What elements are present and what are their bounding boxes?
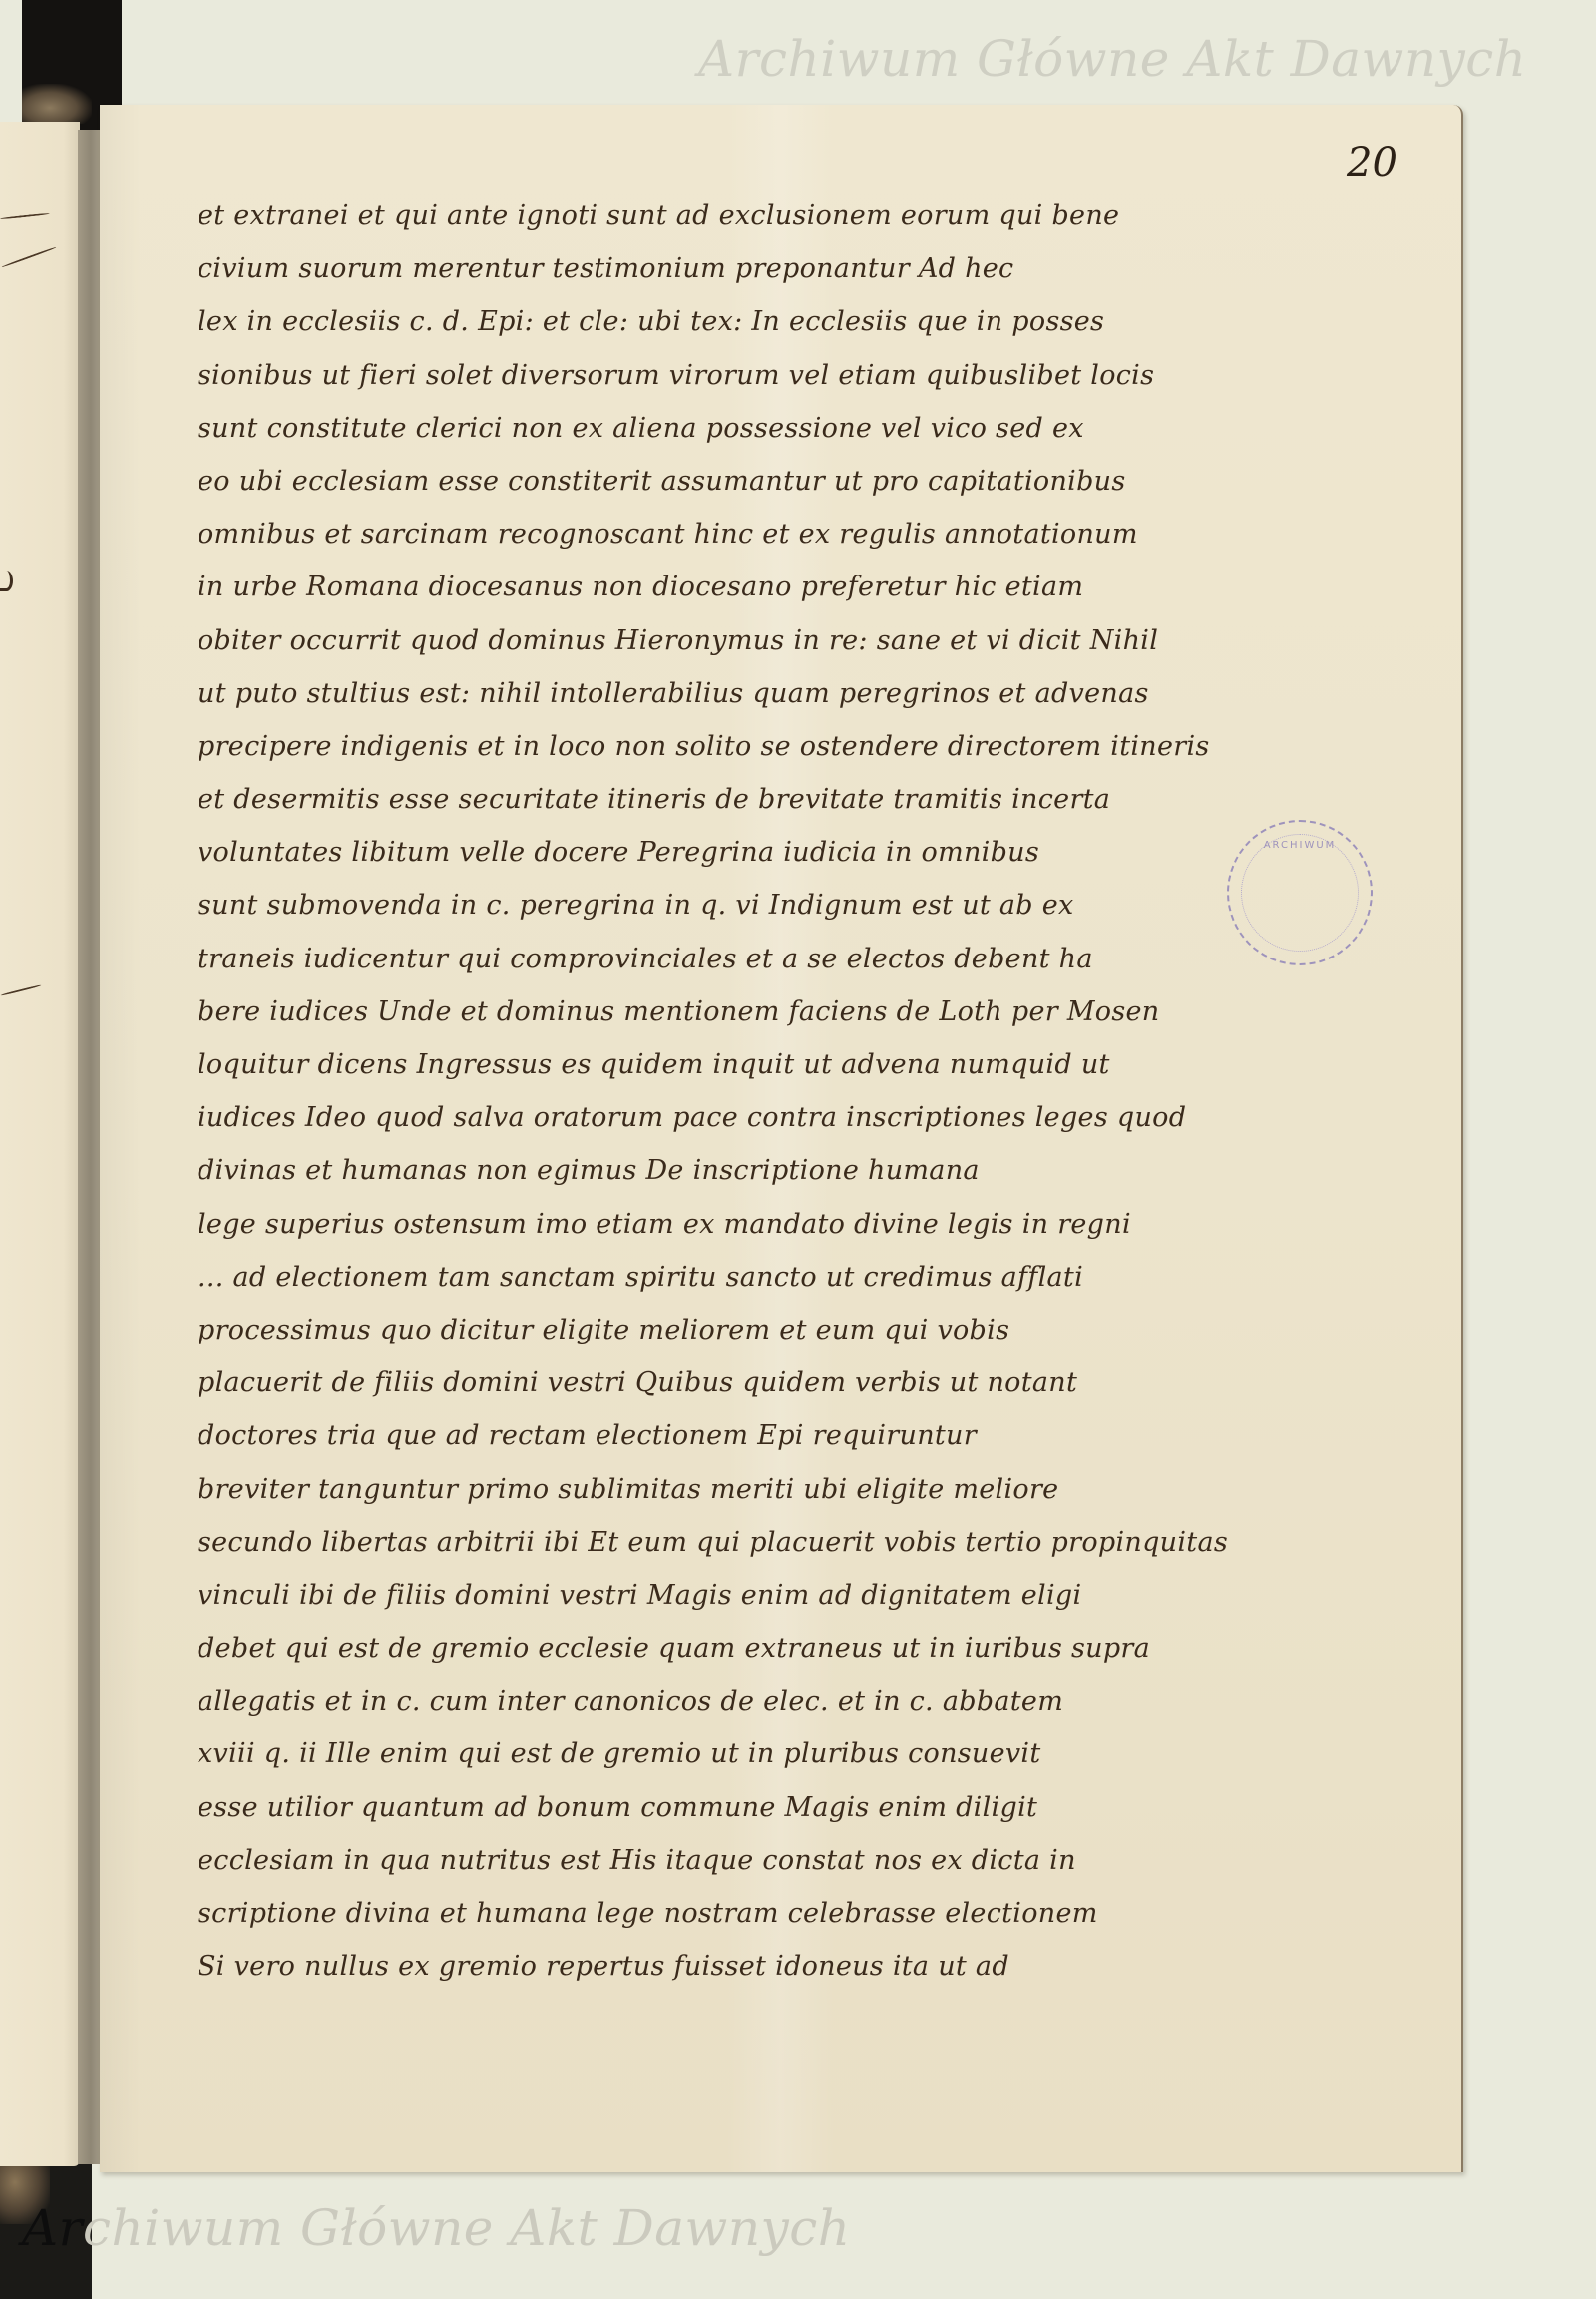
text-line: obiter occurrit quod dominus Hieronymus … xyxy=(198,614,1275,667)
text-line: et desermitis esse securitate itineris d… xyxy=(198,773,1275,826)
text-line: lege superius ostensum imo etiam ex mand… xyxy=(198,1198,1275,1251)
left-page-edge xyxy=(0,122,80,2166)
text-line: ... ad electionem tam sanctam spiritu sa… xyxy=(198,1251,1275,1304)
ink-stroke xyxy=(1,246,56,268)
watermark-dark-part: Ar xyxy=(22,2199,83,2257)
text-line: ut puto stultius est: nihil intollerabil… xyxy=(198,667,1275,720)
text-line: precipere indigenis et in loco non solit… xyxy=(198,720,1275,773)
text-line: xviii q. ii Ille enim qui est de gremio … xyxy=(198,1727,1275,1780)
text-line: secundo libertas arbitrii ibi Et eum qui… xyxy=(198,1516,1275,1569)
text-line: et extranei et qui ante ignoti sunt ad e… xyxy=(198,190,1275,242)
text-line: omnibus et sarcinam recognoscant hinc et… xyxy=(198,508,1275,561)
text-line: ecclesiam in qua nutritus est His itaque… xyxy=(198,1834,1275,1887)
stamp-inner-ring xyxy=(1241,834,1359,952)
text-line: civium suorum merentur testimonium prepo… xyxy=(198,242,1275,295)
text-line: in urbe Romana diocesanus non diocesano … xyxy=(198,561,1275,613)
archive-stamp: ARCHIWUM xyxy=(1227,820,1373,965)
ink-stroke xyxy=(0,984,41,996)
text-line: sunt submovenda in c. peregrina in q. vi… xyxy=(198,879,1275,932)
ink-stroke xyxy=(0,571,13,591)
text-line: breviter tanguntur primo sublimitas meri… xyxy=(198,1463,1275,1516)
text-line: allegatis et in c. cum inter canonicos d… xyxy=(198,1675,1275,1727)
text-line: iudices Ideo quod salva oratorum pace co… xyxy=(198,1091,1275,1144)
manuscript-text: et extranei et qui ante ignoti sunt ad e… xyxy=(198,190,1275,1993)
text-line: vinculi ibi de filiis domini vestri Magi… xyxy=(198,1569,1275,1622)
text-line: Si vero nullus ex gremio repertus fuisse… xyxy=(198,1940,1275,1993)
text-line: sionibus ut fieri solet diversorum viror… xyxy=(198,349,1275,402)
text-line: voluntates libitum velle docere Peregrin… xyxy=(198,826,1275,879)
text-line: placuerit de filiis domini vestri Quibus… xyxy=(198,1356,1275,1409)
text-line: debet qui est de gremio ecclesie quam ex… xyxy=(198,1622,1275,1675)
stamp-label: ARCHIWUM xyxy=(1229,840,1371,851)
text-line: doctores tria que ad rectam electionem E… xyxy=(198,1409,1275,1462)
text-line: sunt constitute clerici non ex aliena po… xyxy=(198,402,1275,455)
archive-watermark-bottom: Archiwum Główne Akt Dawnych xyxy=(22,2199,851,2257)
cover-fray xyxy=(22,84,92,124)
text-line: lex in ecclesiis c. d. Epi: et cle: ubi … xyxy=(198,295,1275,348)
archive-watermark-top: Archiwum Główne Akt Dawnych xyxy=(698,30,1527,88)
text-line: processimus quo dicitur eligite meliorem… xyxy=(198,1304,1275,1356)
text-line: divinas et humanas non egimus De inscrip… xyxy=(198,1144,1275,1197)
text-line: esse utilior quantum ad bonum commune Ma… xyxy=(198,1781,1275,1834)
text-line: eo ubi ecclesiam esse constiterit assuma… xyxy=(198,455,1275,508)
text-line: bere iudices Unde et dominus mentionem f… xyxy=(198,985,1275,1038)
text-line: loquitur dicens Ingressus es quidem inqu… xyxy=(198,1038,1275,1091)
text-line: scriptione divina et humana lege nostram… xyxy=(198,1887,1275,1940)
text-line: traneis iudicentur qui comprovinciales e… xyxy=(198,933,1275,985)
watermark-light-part: chiwum Główne Akt Dawnych xyxy=(83,2199,850,2257)
folio-number: 20 xyxy=(1347,140,1397,186)
ink-stroke xyxy=(0,212,50,219)
